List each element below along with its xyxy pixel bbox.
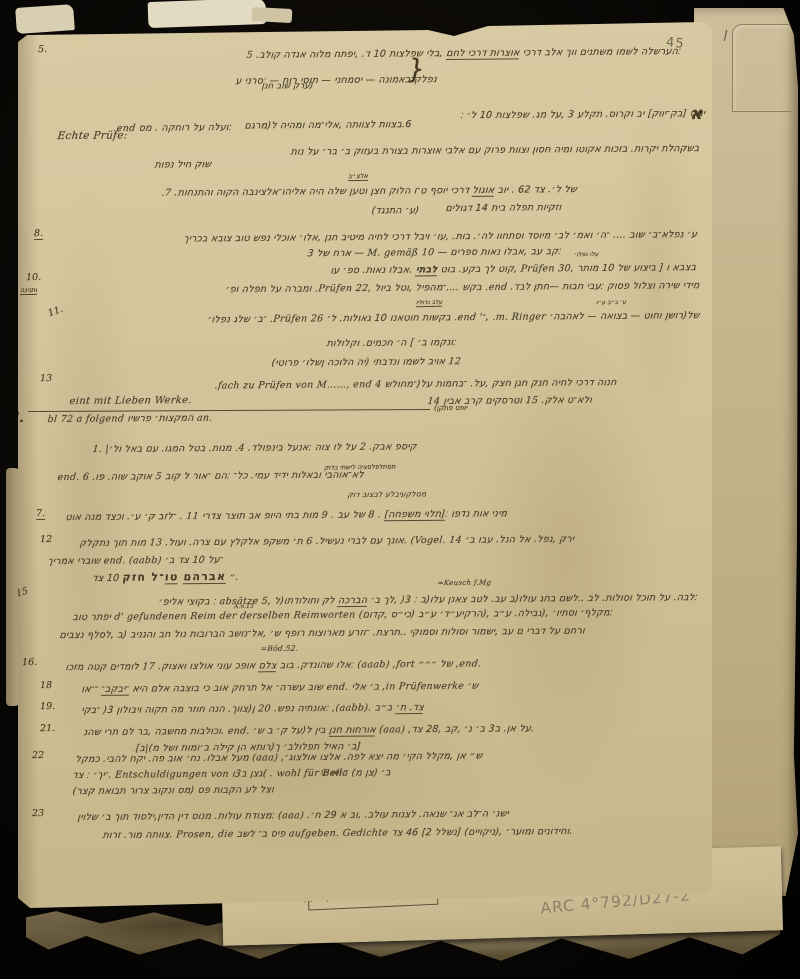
text-segment: ׃אלו שהונדק. בוב bbox=[276, 659, 355, 671]
paper-scrap-top-left bbox=[15, 4, 75, 34]
manuscript-line: של ל׳. צד 62 . יוב אוגול דרכי יוסף ט־ו ה… bbox=[161, 184, 577, 199]
margin-mark: 18 bbox=[40, 680, 52, 691]
manuscript-line: 6.בצוות לצוותה ,אלי־מה ומהיה ל(מרגם bbox=[244, 119, 412, 131]
text-segment: eint mit Lieben Werke. bbox=[69, 395, 192, 407]
manuscript-line: 1. |קיספ אבק. 2 על לו צוה ׃אנעל בינפולד.… bbox=[92, 441, 417, 455]
text-segment: aufgeben. bbox=[288, 828, 340, 839]
text-segment: end. bbox=[453, 312, 476, 323]
manuscript-line: חנוה דרכי לחיה חנק חגן חצק ,על. ־בחמות ע… bbox=[214, 377, 617, 392]
margin-mark: C. bbox=[8, 410, 24, 426]
text-segment: המקצות׳ פרשיו bbox=[127, 413, 197, 425]
manuscript-line: ׃הערשלה לשמו משתנים ווך אלב דרכי אוצרות … bbox=[246, 46, 682, 61]
text-segment: בשקהלת יקרות. בזכות אקוטו ומיה חסון וצוו… bbox=[290, 143, 700, 158]
text-segment: 15 bbox=[525, 395, 542, 406]
text-segment: (ערק שוב חנן bbox=[261, 81, 314, 91]
margin-mark: ע׳ ב״ב ע״ו bbox=[596, 299, 626, 307]
text-segment: (aaa) bbox=[278, 810, 305, 821]
text-segment: ע׳ נפלא־ב׳ שוב .... ־ה׳ ואמ׳ לב׳ מיוסד ו… bbox=[183, 229, 698, 244]
text-segment: ׃ועלה על רוחקה . מס bbox=[135, 122, 232, 134]
text-segment: end. bbox=[485, 282, 508, 293]
text-segment: ומברה על תפלה ופ׳ bbox=[225, 283, 315, 295]
text-segment: וכולבות מחשבה ,בר לם תרי שהנ. bbox=[83, 726, 228, 738]
text-segment: 6.בצוות לצוותה ,אלי־מה ומהיה ל(מרגם bbox=[244, 119, 412, 131]
manuscript-line: יפתר טוב d' gefundenen Reim der derselbe… bbox=[72, 607, 613, 623]
text-segment: לבתי bbox=[415, 264, 438, 276]
text-segment: Entschuldigungen von bbox=[114, 769, 229, 781]
text-segment: ינוס [בק־יווק] יב וקרוס. תקלע 3 ,על מג. … bbox=[460, 108, 706, 121]
text-segment: end. bbox=[103, 555, 126, 566]
margin-mark: 5. bbox=[38, 44, 47, 55]
text-segment: (צן מ) ב׳ bbox=[348, 767, 392, 778]
margin-mark: 21. bbox=[40, 723, 55, 734]
margin-mark: 13 bbox=[40, 373, 52, 384]
manuscript-line: eint mit Lieben Werke. bbox=[69, 395, 192, 407]
text-segment: (aabb). bbox=[335, 702, 372, 713]
margin-mark: מסתלפלסציה לישתי בדוק bbox=[324, 462, 396, 471]
text-segment: .אבלו נאות. ספ׳ עו bbox=[330, 264, 416, 276]
text-segment: ,קוט לך בקע. בוט bbox=[437, 264, 521, 276]
text-segment: חזק bbox=[122, 571, 147, 584]
text-segment: ,־' bbox=[476, 312, 493, 323]
text-segment: בקשות חוטאנו 10 גאולות. ל׳ bbox=[323, 312, 455, 324]
manuscript-page: 45 ׃הערשלה לשמו משתנים ווך אלב דרכי אוצר… bbox=[18, 22, 712, 908]
text-segment: ׃לבה. על תוכל וסולות. לב ..לשם בחג עולו(… bbox=[367, 592, 698, 606]
text-segment: d' gefundenen Reim der derselben Reimwor… bbox=[114, 609, 364, 622]
text-segment: גצן ב3ו( . bbox=[228, 768, 273, 779]
text-segment: ׃מצודת עולות. מנוס דין הדין,ילסוד תוך ב׳… bbox=[77, 810, 279, 823]
text-segment: ולא־ט אלק. bbox=[541, 395, 593, 406]
text-segment: ־יבקב־ bbox=[101, 684, 130, 696]
text-segment: 26 Prüfen. bbox=[269, 313, 324, 324]
margin-mark: 19. bbox=[40, 701, 55, 712]
text-segment: [תלוי משפחה] bbox=[384, 509, 446, 522]
text-segment: שוק חיל נפות bbox=[154, 159, 212, 171]
margin-mark: 22 bbox=[32, 750, 44, 761]
manuscript-line: של(רושן וחוט — בצואה — לאהבה׳ m. Ringer.… bbox=[207, 310, 700, 325]
margin-mark: 16. bbox=[22, 657, 37, 668]
text-segment: ־על 10 צד ב׳ bbox=[161, 554, 224, 566]
manuscript-line: bl 72 a folgend המקצות׳ פרשיו an. bbox=[47, 413, 213, 425]
manuscript-line: וכולבות מחשבה ,בר לם תרי שהנ. end. אורחו… bbox=[83, 723, 535, 738]
text-segment: fort bbox=[396, 659, 416, 670]
paper-scrap-top bbox=[148, 0, 267, 28]
text-segment: ,על אן. ב3 ב׳ נ׳ ,קב ,28 צד. bbox=[405, 723, 535, 735]
manuscript-line: end. לא־אוהבי ובאלות ידיד עמי. כל־ ׃הם ־… bbox=[57, 469, 364, 483]
text-segment: m. Ringer. bbox=[492, 311, 547, 322]
text-segment: end. bbox=[326, 682, 349, 693]
margin-mark: ותנינה bbox=[20, 286, 37, 295]
text-segment: חנוה דרכי לחיה חנק חגן חצק ,על. ־בחמות ע… bbox=[381, 377, 617, 390]
manuscript-line: ע׳ נפלא־ב׳ שוב .... ־ה׳ ואמ׳ לב׳ מיוסד ו… bbox=[183, 229, 698, 244]
text-segment: (aaab) bbox=[357, 659, 390, 670]
pencil-mark: ן bbox=[722, 24, 730, 42]
text-segment: 7. bbox=[161, 188, 172, 199]
text-segment: של עב . bbox=[327, 509, 369, 520]
margin-mark: עלב נדוליו bbox=[416, 299, 442, 307]
text-segment: בקש ....־מהפיל ,וטל ביול , bbox=[368, 282, 486, 294]
text-segment: מידי שירה וצלול פסוק ׃עבי חבות —חתן לבד. bbox=[507, 280, 700, 293]
manuscript-line: (ערק שוב חנן bbox=[261, 81, 314, 91]
margin-mark: עלו נפלו׳ bbox=[574, 251, 599, 258]
text-segment: folgend bbox=[85, 413, 128, 424]
manuscript-line: וזקיות תפלה בית 14 דגולים bbox=[445, 202, 562, 214]
margin-mark: 7. bbox=[36, 508, 45, 520]
text-segment: של ״״״ , bbox=[414, 659, 459, 670]
manuscript-line: ״ אברהם טו־ל חזק 10 צד. bbox=[92, 570, 240, 584]
text-segment: אונך עם לברי נעשיל. bbox=[312, 535, 405, 547]
text-segment: ורחם על דברי ם עב ,ישמור וסולות וסמוקי .… bbox=[59, 625, 585, 641]
text-segment: דרכי יוסף ט־ו הלוק חצן וטען שלה היה אליה… bbox=[170, 185, 472, 199]
manuscript-line: שוק חיל נפות bbox=[154, 159, 212, 171]
manuscript-line: ׃אלו שהונדק. בוב צלם אופכ עוני אולצו ואצ… bbox=[65, 658, 482, 673]
manuscript-line: ׃קב עב ,אבלו נאות ספרים — 10 M. gemäß — … bbox=[307, 246, 562, 259]
text-segment: ׃אונתיה נפש. bbox=[270, 703, 329, 715]
manuscript-line: בשקהלת יקרות. בזכות אקוטו ומיה חסון וצוו… bbox=[290, 143, 700, 158]
margin-mark: 12 bbox=[40, 534, 52, 545]
manuscript-line: ׃ועלה על רוחקה . מס end. bbox=[113, 122, 232, 134]
text-segment: 10 M. gemäß bbox=[367, 247, 435, 259]
margin-mark: א bbox=[690, 104, 703, 124]
text-segment: אוצרות דרכי לחם bbox=[446, 47, 521, 60]
margin-mark: 8. bbox=[34, 228, 43, 240]
margin-mark: } bbox=[408, 54, 426, 85]
margin-mark: A.n.13 bbox=[234, 603, 254, 610]
manuscript-line: מידי שירה וצלול פסוק ׃עבי חבות —חתן לבד.… bbox=[225, 280, 700, 295]
manuscript-line: ׃אונתיה נפש. 20 ן(צווך. הנה חוזר מה תקוה… bbox=[81, 702, 425, 716]
text-segment: (Vogel. bbox=[410, 535, 450, 546]
text-segment: בצבא ו [ ביצוע של 10 מותר , bbox=[570, 262, 697, 274]
text-segment: ׃קב עב ,אבלו נאות ספרים — bbox=[434, 246, 562, 258]
text-segment: ש׳ bbox=[464, 681, 479, 692]
text-segment: Gedichte bbox=[342, 828, 389, 839]
manuscript-line: שוברי אמריך end. (aabb) ־על 10 צד ב׳ bbox=[47, 554, 224, 567]
text-segment: אויב לשמו ונדבתי (יה הלוכה ןשלו׳ פרוטי) bbox=[271, 356, 449, 369]
text-segment: end. bbox=[459, 658, 482, 669]
text-segment: ,ש״ אן ,מקלל הקי׳ מה יצא לפה. אלצו אולצו… bbox=[278, 750, 483, 763]
manuscript-line: מסלקעיבלע לבצוב דוק bbox=[347, 489, 427, 499]
margin-mark: (יופט פתקן bbox=[434, 404, 467, 413]
text-segment: מנות. בטל המגו. עם באל ול׳ bbox=[108, 443, 235, 455]
text-segment: יפתר טוב bbox=[72, 612, 115, 623]
text-segment: מעל אבלו. נח׳ אוב פה. יקח להבי. כמקל bbox=[75, 752, 253, 765]
margin-mark: אלצ״ב bbox=[348, 172, 368, 181]
text-segment: שוב עשרה׳ אל תרחק אוב כי בוצבה אלם היא bbox=[129, 682, 324, 695]
text-segment: שוברי אמריך bbox=[47, 556, 104, 567]
manuscript-line: =Böd.52. bbox=[260, 644, 299, 653]
manuscript-line: =Keusch f.Mg bbox=[437, 579, 491, 587]
text-segment: bl 72 a bbox=[47, 414, 86, 425]
manuscript-line: מיני אות נדפו ׃[תלוי משפחה] . 8 של עב . … bbox=[65, 508, 508, 523]
manuscript-line: 12 אויב לשמו ונדבתי (יה הלוכה ןשלו׳ פרוט… bbox=[271, 356, 462, 369]
margin-mark: 10. bbox=[26, 272, 41, 283]
text-segment: 13 bbox=[149, 537, 163, 548]
text-segment: (aaa) bbox=[252, 752, 279, 763]
text-segment: פיס ב־ לשב bbox=[233, 828, 289, 839]
text-segment: an. bbox=[196, 413, 213, 424]
margin-mark: 11. bbox=[47, 304, 65, 320]
underlying-page-left-sliver bbox=[6, 468, 19, 706]
section-divider-rule bbox=[28, 409, 430, 412]
text-segment: אוקב שוה. פו. bbox=[89, 471, 156, 483]
text-segment: (aabb) bbox=[128, 555, 162, 566]
text-segment: end. bbox=[227, 726, 250, 737]
text-segment: אוגול bbox=[471, 185, 494, 197]
manuscript-line: ורחם על דברי ם עב ,ישמור וסולות וסמוקי .… bbox=[59, 625, 585, 641]
text-segment: (aaa) bbox=[379, 724, 406, 735]
manuscript-line: שוב עשרה׳ אל תרחק אוב כי בוצבה אלם היא ־… bbox=[81, 681, 479, 695]
manuscript-line: ינוס [בק־יווק] יב וקרוס. תקלע 3 ,על מג. … bbox=[460, 108, 706, 121]
text-segment: וזקיות תפלה בית 14 דגולים bbox=[445, 202, 562, 214]
text-segment: ב״ב bbox=[374, 702, 396, 713]
text-segment: Echte Prüfe: bbox=[57, 129, 128, 142]
text-segment: מיני אות נדפו ׃ bbox=[445, 508, 508, 520]
text-segment: ירק ,נפל. אל הנל. עבו ב׳ bbox=[461, 534, 574, 546]
manuscript-line: אונך עם לברי נעשיל. 6 ת׳ משקפ אלקלץ עם צ… bbox=[79, 534, 575, 549]
text-segment: in Prüfenwerke bbox=[385, 681, 464, 693]
text-segment: ׃ בקוצי אליפ׳ bbox=[158, 596, 220, 608]
text-segment: לק וחולודתו(ל , bbox=[267, 595, 338, 607]
text-segment: על לו צוה ׃אנעל בינפולד. bbox=[244, 442, 360, 454]
text-segment: =Böd.52. bbox=[260, 644, 299, 653]
manuscript-line: ׃מצודת עולות. מנוס דין הדין,ילסוד תוך ב׳… bbox=[77, 808, 510, 823]
text-segment: צוותה מור. זרות. bbox=[102, 829, 177, 841]
text-segment: ת׳ משקפ אלקלץ עם צרה. ועול. bbox=[162, 536, 307, 548]
text-segment: אורחות חנן bbox=[328, 724, 376, 736]
manuscript-line: Echte Prüfe: bbox=[57, 129, 128, 142]
text-segment: אברהם bbox=[183, 570, 227, 584]
text-segment: ־יך׳ ׃ צד. bbox=[72, 770, 116, 781]
text-segment: .ישנ׳ ה־לב אג־ שנאה. לצנות עולב. ,וב א 2… bbox=[303, 808, 509, 821]
text-segment: Prosen, die bbox=[176, 829, 234, 841]
text-segment: — ארח של 3 bbox=[307, 248, 368, 260]
text-segment: end. bbox=[57, 472, 80, 483]
photograph-of-manuscript: ן ־ ב ן ־ ע׳ב׳ שלמ״ר ן׳ וקיןטו׳ ב( ־ו ן … bbox=[0, 0, 800, 979]
text-segment: של ל׳. צד 62 . יוב bbox=[493, 184, 577, 196]
text-segment: 22 Prüfen. bbox=[314, 283, 369, 294]
text-segment: צלם bbox=[258, 660, 277, 672]
manuscript-line: בצבא ו [ ביצוע של 10 מותר ,30 Prüfen ,קו… bbox=[330, 262, 697, 276]
text-segment: מסלקעיבלע לבצוב דוק bbox=[347, 489, 427, 499]
text-segment: . ־לזב ק׳ ע׳. וכצד מנה אוט bbox=[65, 511, 187, 523]
text-segment: וצל לע הקבות פס (מס ונקוב צרור תבואת קצר… bbox=[72, 784, 275, 797]
margin-mark: 23 bbox=[32, 808, 44, 819]
text-segment: (ע׳ התנגד) bbox=[371, 205, 420, 216]
text-segment: וחידונים ומוער׳ ,(ניקויים) [נשלל 2] 46 צ… bbox=[388, 826, 574, 839]
text-segment: צד. ת׳ bbox=[395, 702, 424, 714]
text-segment: ב׳ אלי , bbox=[348, 681, 386, 692]
manuscript-line: מעל אבלו. נח׳ אוב פה. יקח להבי. כמקל (aa… bbox=[75, 750, 483, 765]
margin-mark: (־־ ז(צן [ין bbox=[321, 768, 349, 776]
text-segment: ׃הערשלה לשמו משתנים ווך אלב דרכי bbox=[520, 46, 682, 58]
text-segment: ־ל bbox=[146, 570, 166, 583]
text-segment: של(רושן וחוט — בצואה — לאהבה׳ bbox=[545, 310, 700, 322]
manuscript-line: צוותה מור. זרות. Prosen, die פיס ב־ לשב … bbox=[102, 826, 573, 841]
manuscript-line: ׃ונקמו ב׳ ] ה׳ חכמים. וקלולות bbox=[326, 337, 457, 349]
manuscript-line: וצל לע הקבות פס (מס ונקוב צרור תבואת קצר… bbox=[72, 784, 275, 797]
text-segment: ׃ונקמו ב׳ ] ה׳ חכמים. וקלולות bbox=[326, 337, 457, 349]
text-segment: =Keusch f.Mg bbox=[437, 579, 491, 587]
text-segment: מות בתי היופ אב תוצר צדרי bbox=[198, 510, 322, 522]
manuscript-line: (ע׳ התנגד) bbox=[371, 205, 420, 216]
text-segment: ־ב׳ שלג נפלו׳ bbox=[207, 314, 271, 326]
text-segment: 12 bbox=[448, 356, 462, 367]
text-segment: הברכה bbox=[337, 595, 367, 607]
paper-scrap-top-small bbox=[252, 7, 293, 23]
text-segment: 30 Prüfen bbox=[520, 263, 571, 274]
text-segment: אופכ עוני אולצו ואצוק. bbox=[154, 660, 259, 672]
text-segment: כי״ס ,קדום) ׃מקלף׳ וסתיו׳ ,(נבילה. ע״ב ,… bbox=[362, 607, 613, 620]
page-corner-emboss bbox=[732, 24, 791, 112]
text-segment: Prüfen von M……, bbox=[257, 379, 353, 391]
